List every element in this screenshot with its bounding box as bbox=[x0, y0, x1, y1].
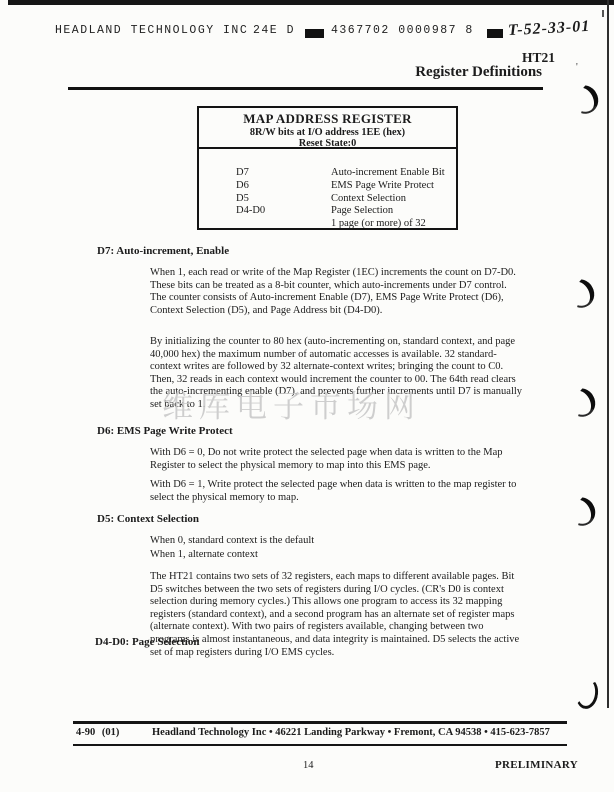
section-d5-para-1: The HT21 contains two sets of 32 registe… bbox=[150, 571, 524, 659]
preliminary-label: PRELIMINARY bbox=[495, 759, 578, 771]
handwritten-code: T-52-33-01 bbox=[508, 18, 591, 40]
register-row: D6 EMS Page Write Protect bbox=[199, 180, 456, 193]
page-number: 14 bbox=[303, 760, 314, 771]
scanned-datasheet-page: HEADLAND TECHNOLOGY INC 24E D 4367702 00… bbox=[0, 0, 614, 792]
bit-label: D7 bbox=[236, 167, 249, 178]
register-reset-state: Reset State:0 bbox=[199, 138, 456, 149]
section-d5-line-1: When 0, standard context is the default bbox=[150, 535, 314, 546]
register-box-header: MAP ADDRESS REGISTER 8R/W bits at I/O ad… bbox=[199, 108, 456, 149]
register-rows: D7 Auto-increment Enable Bit D6 EMS Page… bbox=[199, 149, 456, 231]
stray-mark: ' bbox=[576, 62, 578, 73]
bit-desc: EMS Page Write Protect bbox=[331, 180, 434, 191]
scan-artifact-crescent bbox=[562, 274, 599, 312]
map-address-register-box: MAP ADDRESS REGISTER 8R/W bits at I/O ad… bbox=[197, 106, 458, 230]
section-d5-line-2: When 1, alternate context bbox=[150, 549, 258, 560]
section-d6-para-1: With D6 = 0, Do not write protect the se… bbox=[150, 447, 524, 472]
bit-desc: Context Selection bbox=[331, 193, 406, 204]
scan-right-edge-line bbox=[607, 0, 609, 708]
bit-label: D6 bbox=[236, 180, 249, 191]
doc-subtitle: Register Definitions bbox=[415, 64, 542, 81]
footer-company-address: Headland Technology Inc • 46221 Landing … bbox=[152, 727, 568, 738]
scan-top-bar bbox=[8, 0, 614, 5]
bit-desc: Page Selection bbox=[331, 205, 393, 216]
header-number: 4367702 0000987 8 bbox=[331, 24, 474, 37]
filled-square-mark bbox=[305, 29, 324, 38]
scan-artifact-crescent bbox=[566, 80, 603, 118]
scan-artifact-hook bbox=[574, 677, 600, 711]
register-row: D4-D0 Page Selection bbox=[199, 205, 456, 218]
scan-artifact-crescent bbox=[563, 383, 600, 421]
section-d6-para-2: With D6 = 1, Write protect the selected … bbox=[150, 479, 524, 504]
header-code: 24E D bbox=[253, 24, 295, 37]
bit-desc: Auto-increment Enable Bit bbox=[331, 167, 445, 178]
company-name: HEADLAND TECHNOLOGY INC bbox=[55, 24, 248, 37]
section-heading-d6: D6: EMS Page Write Protect bbox=[97, 425, 233, 437]
filled-square-mark bbox=[487, 29, 503, 38]
bit-label: D5 bbox=[236, 193, 249, 204]
section-d7-para-1: When 1, each read or write of the Map Re… bbox=[150, 267, 524, 317]
footer-doc-code: 4-90 (01) bbox=[76, 727, 119, 738]
footer-rule-top bbox=[73, 721, 567, 724]
register-row: D7 Auto-increment Enable Bit bbox=[199, 167, 456, 180]
scan-artifact-crescent bbox=[563, 492, 600, 530]
header-rule bbox=[68, 87, 543, 90]
section-heading-d7: D7: Auto-increment, Enable bbox=[97, 245, 229, 257]
section-heading-d5: D5: Context Selection bbox=[97, 513, 199, 525]
register-row: D5 Context Selection bbox=[199, 193, 456, 206]
register-row: 1 page (or more) of 32 bbox=[199, 218, 456, 231]
bit-label: D4-D0 bbox=[236, 205, 265, 216]
scan-right-dash bbox=[602, 10, 604, 17]
register-subtitle: 8R/W bits at I/O address 1EE (hex) bbox=[199, 127, 456, 138]
footer-rule-bottom bbox=[73, 744, 567, 746]
bit-desc: 1 page (or more) of 32 bbox=[331, 218, 426, 229]
register-title: MAP ADDRESS REGISTER bbox=[199, 111, 456, 127]
section-heading-d4-d0: D4-D0: Page Selection bbox=[95, 636, 199, 648]
watermark-text: 维库电子市场网 bbox=[162, 381, 421, 426]
